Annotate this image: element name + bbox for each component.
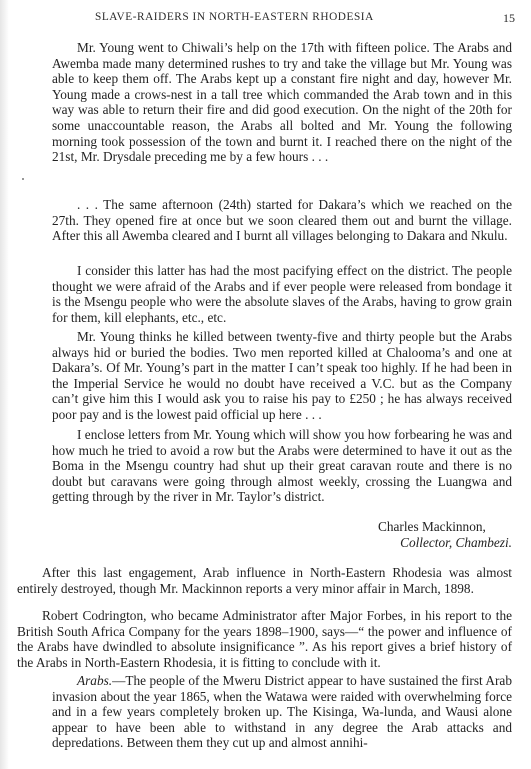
signature-name: Charles Mackinnon, [330,519,512,535]
letter-paragraph-5: I enclose letters from Mr. Young which w… [52,427,512,505]
running-head: SLAVE-RAIDERS IN NORTH-EASTERN RHODESIA … [0,11,531,27]
letter-paragraph-2: . . . The same afternoon (24th) started … [52,197,512,244]
narrative-paragraph-2-text: Robert Codrington, who became Administra… [17,608,512,670]
report-lead-italic: Arabs. [77,673,112,688]
book-page: SLAVE-RAIDERS IN NORTH-EASTERN RHODESIA … [0,0,531,769]
letter-paragraph-3-text: I consider this latter has had the most … [52,263,512,325]
scan-speck [22,178,24,180]
report-body: —The people of the Mweru District appear… [52,673,512,750]
letter-paragraph-3: I consider this latter has had the most … [52,263,512,325]
report-paragraph-text: Arabs.—The people of the Mweru District … [52,673,512,751]
letter-paragraph-1-text: Mr. Young went to Chiwali’s help on the … [52,40,512,165]
letter-paragraph-2-text: . . . The same afternoon (24th) started … [52,197,512,244]
signature-title: Collector, Chambezi. [330,535,512,551]
running-head-title: SLAVE-RAIDERS IN NORTH-EASTERN RHODESIA [95,11,374,23]
letter-paragraph-1: Mr. Young went to Chiwali’s help on the … [52,40,512,165]
narrative-paragraph-1-text: After this last engagement, Arab influen… [17,565,512,596]
narrative-paragraph-2: Robert Codrington, who became Administra… [17,608,512,670]
report-paragraph: Arabs.—The people of the Mweru District … [52,673,512,751]
letter-paragraph-5-text: I enclose letters from Mr. Young which w… [52,427,512,505]
page-number: 15 [503,11,515,26]
narrative-paragraph-1: After this last engagement, Arab influen… [17,565,512,596]
letter-paragraph-4: Mr. Young thinks he killed between twent… [52,329,512,423]
letter-signature: Charles Mackinnon, Collector, Chambezi. [330,519,512,550]
letter-paragraph-4-text: Mr. Young thinks he killed between twent… [52,329,512,423]
